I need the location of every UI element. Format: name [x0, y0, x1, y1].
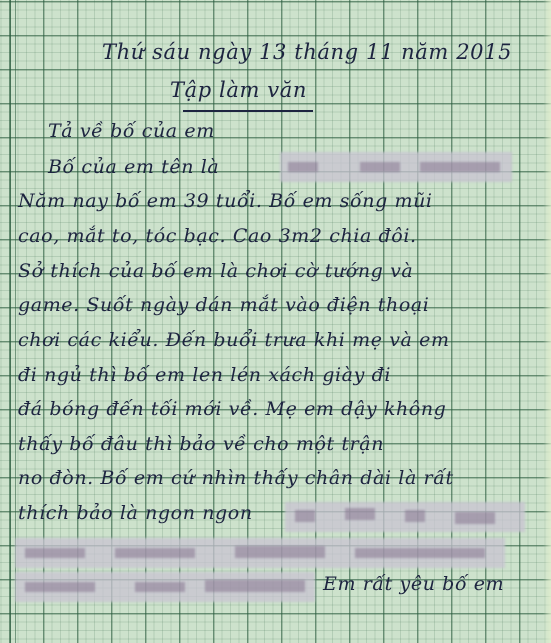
essay-line: thích bảo là ngon ngon	[18, 502, 253, 524]
essay-line: chơi các kiểu. Đến buổi trưa khi mẹ và e…	[18, 329, 450, 351]
redacted-text	[15, 538, 505, 568]
essay-line: Sở thích của bố em là chơi cờ tướng và	[18, 260, 413, 282]
essay-line: cao, mắt to, tóc bạc. Cao 3m2 chia đôi.	[18, 225, 417, 247]
essay-line: đi ngủ thì bố em len lén xách giày đi	[18, 364, 391, 386]
essay-line: thấy bố đâu thì bảo về cho một trận	[18, 433, 384, 455]
essay-line: no đòn. Bố em cứ nhìn thấy chân dài là r…	[18, 467, 454, 489]
essay-line: Bố của em tên là	[48, 156, 219, 178]
essay-closing-line: Em rất yêu bố em	[323, 573, 504, 595]
redacted-text	[15, 572, 315, 602]
essay-title: Tả về bố của em	[48, 120, 215, 142]
subject-heading: Tập làm văn	[170, 78, 307, 102]
essay-line: game. Suốt ngày dán mắt vào điện thoại	[18, 294, 429, 316]
date-line: Thứ sáu ngày 13 tháng 11 năm 2015	[102, 40, 512, 64]
essay-line: đá bóng đến tối mới về. Mẹ em dậy không	[18, 398, 446, 420]
redacted-name	[280, 152, 512, 182]
essay-line: Năm nay bố em 39 tuổi. Bố em sống mũi	[18, 190, 433, 212]
subject-underline	[183, 110, 313, 112]
redacted-text	[285, 502, 525, 532]
